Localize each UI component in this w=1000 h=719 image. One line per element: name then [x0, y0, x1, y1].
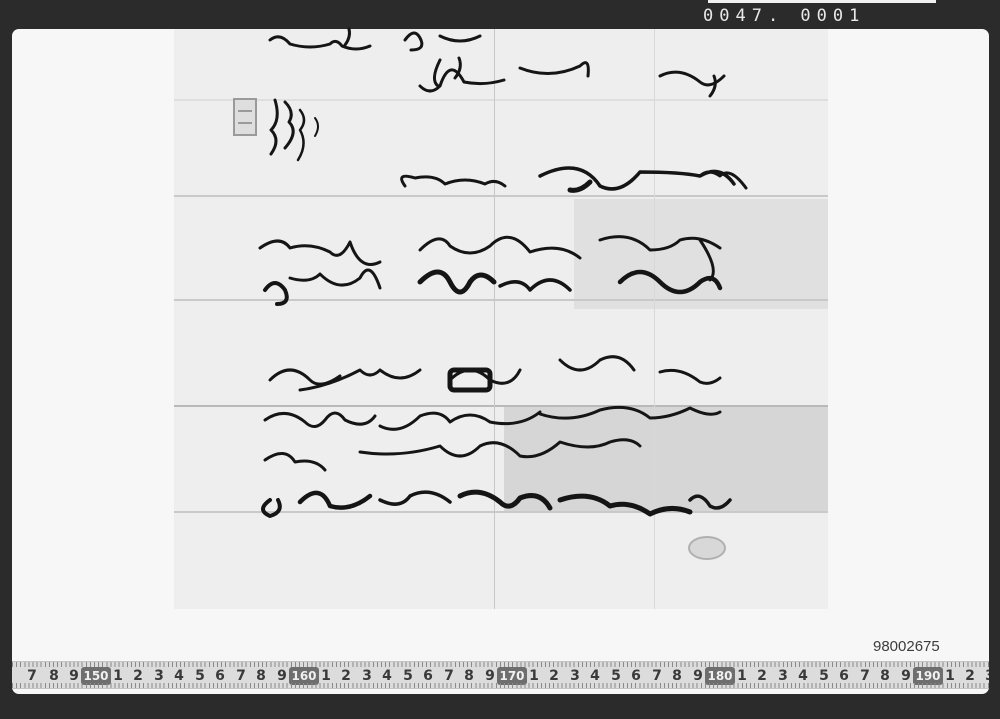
accession-number: 98002675	[873, 638, 940, 655]
square-seal-stamp	[233, 98, 257, 136]
measurement-ruler: 7891501234567891601234567891701234567891…	[12, 661, 989, 689]
oval-seal-stamp	[688, 536, 726, 560]
handwritten-text	[0, 0, 1000, 719]
ruler-ticks	[12, 683, 989, 688]
